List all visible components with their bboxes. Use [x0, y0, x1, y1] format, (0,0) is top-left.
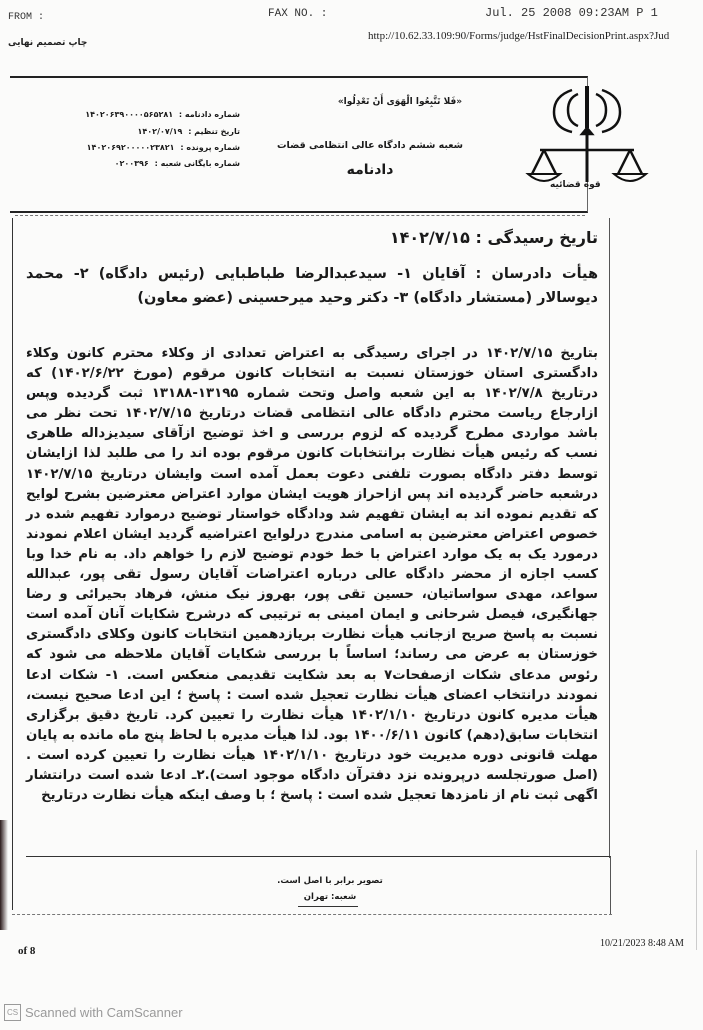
meta-label: تاریخ تنظیم :	[188, 127, 240, 136]
verdict-body-text: بتاریخ ۱۴۰۲/۷/۱۵ در اجرای رسیدگی به اعتر…	[26, 344, 598, 806]
court-branch: شعبه ششم دادگاه عالی انتظامی قضات	[270, 140, 470, 151]
fax-number-label: FAX NO. :	[268, 8, 327, 20]
quranic-verse: «فَلا تَتَّبِعُوا الْهَوَى أَنْ تَعْدِلُ…	[300, 97, 500, 107]
print-url: http://10.62.33.109:90/Forms/judge/HstFi…	[368, 30, 669, 42]
stamp-box-left-edge	[12, 858, 13, 910]
judiciary-emblem-icon	[522, 82, 652, 194]
camscanner-icon: CS	[4, 1004, 21, 1021]
camscanner-watermark: CS Scanned with CamScanner	[4, 1004, 183, 1021]
print-final-decision-label: چاپ تصمیم نهایی	[8, 38, 87, 48]
meta-case-number: شماره پرونده : ۱۴۰۲۰۶۹۲۰۰۰۰۰۲۳۸۲۱	[60, 143, 240, 152]
hearing-date-value: ۱۴۰۲/۷/۱۵	[390, 228, 470, 247]
page-count: of 8	[18, 945, 35, 957]
document-type: دادنامه	[300, 162, 440, 178]
meta-archive-number: شماره بایگانی شعبه : ۰۲۰۰۳۹۶	[60, 159, 240, 168]
meta-value: ۱۴۰۲/۰۷/۱۹	[138, 127, 183, 136]
meta-value: ۰۲۰۰۳۹۶	[115, 159, 149, 168]
divider	[12, 914, 612, 915]
judiciary-label: قوه قضائیه	[550, 180, 601, 190]
hearing-date: تاریخ رسیدگی : ۱۴۰۲/۷/۱۵	[26, 228, 598, 247]
meta-issue-date: تاریخ تنظیم : ۱۴۰۲/۰۷/۱۹	[60, 127, 240, 136]
fax-datetime: Jul. 25 2008 09:23AM P 1	[485, 6, 658, 20]
judges-panel: هیأت دادرسان : آقایان ۱- سیدعبدالرضا طبا…	[26, 262, 598, 310]
camscanner-text: Scanned with CamScanner	[25, 1005, 183, 1020]
hearing-date-label: تاریخ رسیدگی :	[475, 228, 598, 247]
scan-edge	[696, 850, 703, 950]
branch-city-stamp: شعبه: تهران	[230, 892, 430, 902]
stamp-underline	[298, 906, 358, 907]
divider	[15, 215, 585, 216]
meta-label: شماره بایگانی شعبه :	[155, 159, 240, 168]
meta-verdict-number: شماره دادنامه : ۱۴۰۲۰۶۳۹۰۰۰۰۵۶۵۲۸۱	[60, 110, 240, 119]
meta-label: شماره دادنامه :	[179, 110, 240, 119]
meta-label: شماره پرونده :	[180, 143, 240, 152]
print-timestamp: 10/21/2023 8:48 AM	[600, 938, 684, 949]
certified-copy-stamp: تصویر برابر با اصل است.	[230, 876, 430, 886]
meta-value: ۱۴۰۲۰۶۹۲۰۰۰۰۰۲۳۸۲۱	[87, 143, 175, 152]
meta-value: ۱۴۰۲۰۶۳۹۰۰۰۰۵۶۵۲۸۱	[85, 110, 173, 119]
scan-edge-shadow	[0, 820, 8, 930]
fax-from-label: FROM :	[8, 12, 44, 23]
